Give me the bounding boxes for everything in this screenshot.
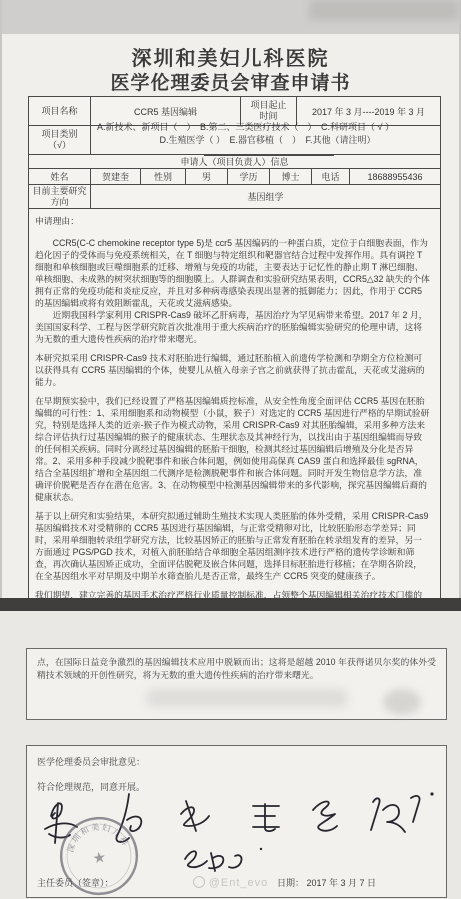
table-row: 申请理由： CCR5(C-C chemokine receptor type 5… [29,209,440,605]
project-name-label: 项目名称 [29,97,91,125]
phone-value: 18688955436 [350,169,440,184]
continuation-text: 点，在国际日益竞争激烈的基因编辑技术应用中脱颖而出；这将是超越 2010 年获得… [37,657,436,680]
application-form-page: 深圳和美妇儿科医院 医学伦理委员会审查申请书 项目名称 CCR5 基因编辑 项目… [2,0,459,598]
scan-seam-band [0,598,461,611]
form-title: 医学伦理委员会审查申请书 [2,68,459,95]
gender-value: 男 [186,169,228,184]
scan-smudge [383,689,421,715]
category-options: A.新技术、新项目（ ） B.第二、三类医疗技术（ ） C.科研项目（ √ ） … [91,126,440,154]
approval-page: 点，在国际日益竞争激烈的基因编辑技术应用中脱颖而出；这将是超越 2010 年获得… [0,611,461,899]
reason-paragraph: 在早期预实验中，我们已经设置了严格基因编辑质控标准，从安全性角度全面评估 CCR… [35,395,430,503]
signature-second-row [177,841,267,873]
watermark-text: @Ent_evo [209,877,269,889]
hospital-title: 深圳和美妇儿科医院 [2,42,459,71]
bleed-through-ghost [147,689,347,707]
applicant-section-header: 申请人（项目负责人）信息 [29,155,440,168]
degree-value: 博士 [270,169,312,184]
table-row: 姓名 贺建奎 性别 男 学历 博士 电话 18688955436 [29,169,440,185]
phone-label: 电话 [312,169,350,184]
name-value: 贺建奎 [91,169,141,184]
table-row: 目前主要研究方向 基因组学 [29,185,440,209]
table-row: 申请人（项目负责人）信息 [29,155,440,169]
category-options-line1: A.新技术、新项目（ ） B.第二、三类医疗技术（ ） C.科研项目（ √ ） [97,121,394,134]
photo-watermark: @Ent_evo [0,876,461,889]
reason-paragraph: 基于以上研究和实验结果，本研究拟通过辅助生殖技术实现人类胚胎的体外受精，采用 C… [35,510,430,582]
degree-label: 学历 [228,169,270,184]
application-reason-cell: 申请理由： CCR5(C-C chemokine receptor type 5… [29,209,440,605]
continuation-box: 点，在国际日益竞争激烈的基因编辑技术应用中脱颖而出；这将是超越 2010 年获得… [26,648,447,720]
reason-paragraph: 近期我国科学家利用 CRISPR-Cas9 破坏乙肝病毒，基因治疗为罕见病带来希… [35,309,430,345]
research-direction-value: 基因组学 [91,185,440,208]
application-table: 项目名称 CCR5 基因编辑 项目起止 时间 2017 年 3 月----201… [28,96,441,606]
reason-paragraph: CCR5(C-C chemokine receptor type 5)是 ccr… [35,237,430,309]
reason-paragraph: 本研究拟采用 CRISPR-Cas9 技术对胚胎进行编辑，通过胚胎植入前遗传学检… [35,352,430,388]
category-label: 项目类别 （√） [29,126,91,154]
approval-title: 医学伦理委员会审批意见： [37,755,145,768]
research-direction-label: 目前主要研究方向 [29,185,91,208]
scan-shadow [309,0,459,20]
gender-label: 性别 [141,169,186,184]
reason-label: 申请理由： [35,215,430,227]
seal-star-icon: ★ [91,849,107,868]
name-label: 姓名 [29,169,91,184]
table-row: 项目类别 （√） A.新技术、新项目（ ） B.第二、三类医疗技术（ ） C.科… [29,126,440,155]
watermark-logo-icon [193,876,205,888]
